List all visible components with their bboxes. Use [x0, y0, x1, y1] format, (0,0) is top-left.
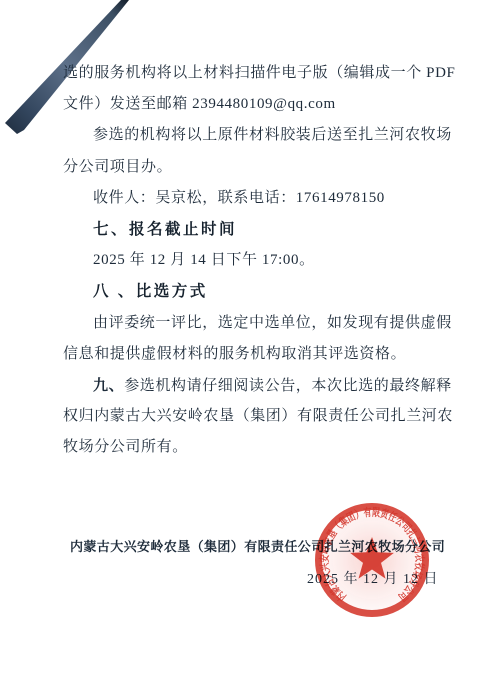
section-7-heading: 七、报名截止时间 — [63, 214, 453, 245]
body-line: 分公司项目办。 — [63, 152, 453, 183]
document-body: 选的服务机构将以上材料扫描件电子版（编辑成一个 PDF 文件）发送至邮箱 239… — [63, 58, 453, 463]
body-line: 参选的机构将以上原件材料胶装后送至扎兰河农牧场 — [63, 120, 453, 151]
body-line: 权归内蒙古大兴安岭农垦（集团）有限责任公司扎兰河农 — [63, 401, 453, 432]
document-page: 选的服务机构将以上材料扫描件电子版（编辑成一个 PDF 文件）发送至邮箱 239… — [0, 0, 503, 673]
contact-line: 收件人：吴京松，联系电话：17614978150 — [63, 183, 453, 214]
section-9-label: 九、 — [93, 377, 124, 394]
section-9-line: 九、参选机构请仔细阅读公告，本次比选的最终解释 — [63, 370, 453, 401]
body-line: 由评委统一评比，选定中选单位，如发现有提供虚假 — [63, 308, 453, 339]
deadline-line: 2025 年 12 月 14 日下午 17:00。 — [63, 245, 453, 276]
section-8-heading: 八 、比选方式 — [63, 276, 453, 307]
body-line: 文件）发送至邮箱 2394480109@qq.com — [63, 89, 453, 120]
body-line: 牧场分公司所有。 — [63, 432, 453, 463]
body-line: 选的服务机构将以上材料扫描件电子版（编辑成一个 PDF — [63, 58, 453, 89]
company-seal: 内蒙古大兴安岭农垦（集团）有限责任公司扎兰河农牧场分公司 — [310, 498, 436, 624]
body-line-text: 参选机构请仔细阅读公告，本次比选的最终解释 — [124, 378, 452, 394]
body-line: 信息和提供虚假材料的服务机构取消其评选资格。 — [63, 339, 453, 370]
